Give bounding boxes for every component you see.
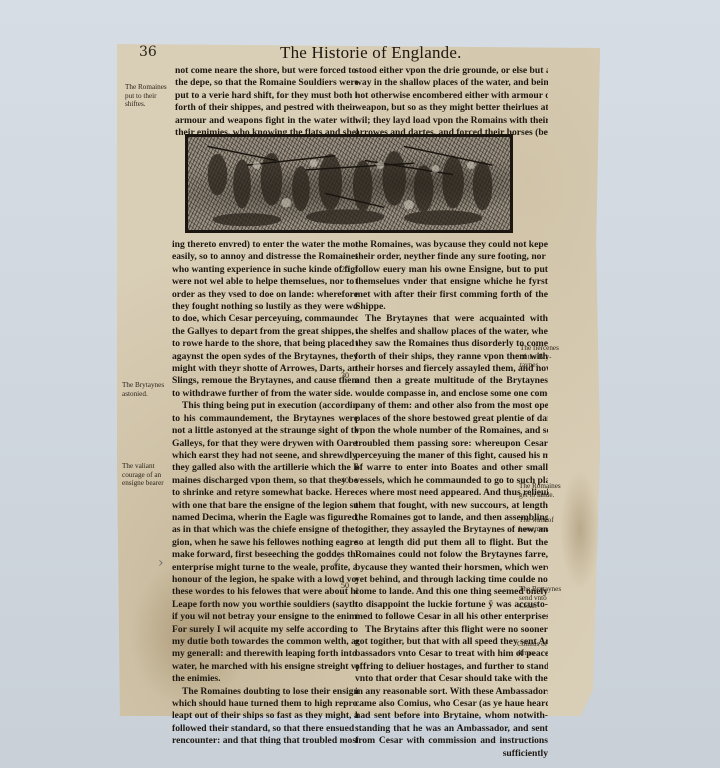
line-number: 20 [341, 265, 349, 274]
text-line: to withdrawe further of from the water s… [172, 388, 358, 400]
text-line: med to followe Cesar in all his other en… [355, 611, 548, 623]
text-line: met with after their first comming forth… [355, 289, 548, 301]
text-line: who wanting experience in suche kinde of… [172, 264, 358, 276]
text-line: they saw the Romaines thus disorderly to… [355, 338, 548, 350]
text-line: so at length did put them all to flight.… [355, 537, 548, 549]
text-line: The Brytaynes that were acquainted with [355, 313, 548, 325]
text-line: weapon, but so as they might better thei… [355, 102, 548, 114]
text-line: stood either vpon the drie grounde, or e… [355, 65, 548, 77]
text-line: had sent before into Brytaine, whom notw… [355, 710, 548, 722]
text-line: vessels, which he commaunded to go to su… [355, 475, 548, 487]
text-line: the shelfes and shallow places of the wa… [355, 326, 548, 338]
text-column-left-top: not come neare the shore, but were force… [175, 65, 358, 139]
text-line: pany of them: and other also from the mo… [355, 400, 548, 412]
pencil-mark-icon: › [158, 555, 164, 571]
text-line: the Gallyes to depart from the great shi… [172, 326, 358, 338]
text-line: followed their standard, so that there e… [172, 723, 358, 735]
text-line: Slings, remoue the Brytaynes, and cause … [172, 375, 358, 387]
line-number: 40 [341, 476, 349, 485]
note-line: ensigne bearer [122, 479, 176, 488]
text-line: not come neare the shore, but were force… [175, 65, 358, 77]
text-line: these wordes to his felowes that were ab… [172, 586, 358, 598]
text-line: woulde compasse in, and enclose some one… [355, 388, 548, 400]
text-line: This thing being put in execution (accor… [172, 400, 358, 412]
text-line: ing thereto envred) to enter the water t… [172, 239, 358, 251]
text-line: the Romaines got to lande, and then asse… [355, 512, 548, 524]
page-number: 36 [139, 44, 157, 60]
text-line: wil; they layd load vpon the Romains wit… [355, 115, 548, 127]
text-line: to disappoint the luckie fortune ỹ was … [355, 599, 548, 611]
margin-note-left: The Romaines put to their shiftes. [125, 83, 177, 109]
text-line: with one that bare the ensigne of the le… [172, 500, 358, 512]
text-line: leapt out of their ships so fast as they… [172, 710, 358, 722]
text-line: places of the shore bestowed great plent… [355, 413, 548, 425]
text-line: from Cesar with commission and instructi… [355, 735, 548, 747]
text-line: easily, so to annoy and distresse the Ro… [172, 251, 358, 263]
line-number: 50 [341, 581, 349, 590]
text-line: honour of the legion, he spake with a lo… [172, 574, 358, 586]
text-line: order as they vsed to doe on lande: wher… [172, 289, 358, 301]
text-line: ces where most need appeared. And thus r… [355, 487, 548, 499]
text-line: gion, when he sawe his fellowes nothing … [172, 537, 358, 549]
text-line: come to lande. And this one thing seemed… [355, 586, 548, 598]
text-line: were not wel able to helpe themselues, n… [172, 276, 358, 288]
text-line: way in the shallow places of the water, … [355, 77, 548, 89]
text-line: their order, neyther finde any sure foot… [355, 251, 548, 263]
note-line: put to their [125, 92, 177, 101]
text-line: my dutie both towardes the common welth,… [172, 636, 358, 648]
text-line: named Decima, wherin the Eagle was figur… [172, 512, 358, 524]
text-line: them that fought, with new succours, at … [355, 500, 548, 512]
text-line: Romaines could not folow the Brytaynes f… [355, 549, 548, 561]
text-line: as in that which was the chiefe ensigne … [172, 524, 358, 536]
text-line: and then a greate multitude of the Bryta… [355, 375, 548, 387]
text-line: which earst they had not seene, and shre… [172, 450, 358, 462]
text-line: to doe, which Cesar perceyuing, commaund… [172, 313, 358, 325]
text-line: The Romaines doubting to lose their ensi… [172, 686, 358, 698]
text-line: vnto that order that Cesar should take w… [355, 673, 548, 685]
text-line: if you wil not betray your ensigne to th… [172, 611, 358, 623]
text-line: troubled them passing sore: whereupon Ce… [355, 438, 548, 450]
text-line: they galled also with the artillerie whi… [172, 462, 358, 474]
running-head: The Historie of Englande. [280, 43, 462, 63]
text-line: bassadors vnto Cesar to treat with him o… [355, 648, 548, 660]
text-line: the enimies. [172, 673, 358, 685]
text-line: themselues vnder that ensigne whiche he … [355, 276, 548, 288]
text-line: might with theyr shotte of Arrowes, Dart… [172, 363, 358, 375]
note-line: The Romaines [125, 83, 177, 92]
text-line: For surely I wil acquite my selfe accord… [172, 624, 358, 636]
text-line: to his commaundement, the Brytaynes were [172, 413, 358, 425]
text-line: the depe, so that the Romaine Souldiers … [175, 77, 358, 89]
text-line: Galleys, for that they were drywen with … [172, 438, 358, 450]
text-line: forth of their ships, they ranne vpon th… [355, 351, 548, 363]
text-line: to rowe harde to the shore, that being p… [172, 338, 358, 350]
text-line: came also Comius, who Cesar (as ye haue … [355, 698, 548, 710]
battle-woodcut-illustration [185, 134, 513, 233]
note-line: shiftes. [125, 100, 177, 109]
text-line: standing that he was an Ambassador, and … [355, 723, 548, 735]
text-line: agaynst the open sydes of the Brytaynes,… [172, 351, 358, 363]
text-line: not otherwise encombered either with arm… [355, 90, 548, 102]
text-column-right-top: stood either vpon the drie grounde, or e… [355, 65, 548, 139]
text-line: follow euery man his owne Ensigne, but t… [355, 264, 548, 276]
text-line: got togither, but that with all speed th… [355, 636, 548, 648]
battle-scene-icon [188, 137, 510, 230]
text-line: to shrinke and retyre somewhat backe. He… [172, 487, 358, 499]
text-line: the Romaines, was bycause they could not… [355, 239, 548, 251]
text-line: water, he marched with his ensigne strei… [172, 661, 358, 673]
text-line: of warre to enter into Boates and other … [355, 462, 548, 474]
text-line: perceyuing the maner of this fight, caus… [355, 450, 548, 462]
text-line: make forward, first beseeching the godde… [172, 549, 358, 561]
text-line: armour and weapons fight in the water wi… [175, 115, 358, 127]
text-column-right: the Romaines, was bycause they could not… [355, 239, 548, 760]
text-line: vpon the whole number of the Romaines, a… [355, 425, 548, 437]
text-line: which should haue turned them to high re… [172, 698, 358, 710]
text-line: togither, they assayled the Brytaynes of… [355, 524, 548, 536]
text-line: they fought nothing so lustily as they w… [172, 301, 358, 313]
text-line: bycause they wanted their horsmen, which… [355, 562, 548, 574]
text-column-left: ing thereto envred) to enter the water t… [172, 239, 358, 748]
text-line: put to a verie hard shift, for they must… [175, 90, 358, 102]
text-line: rencounter: and that thing that troubled… [172, 735, 358, 747]
text-line: in any reasonable sort. With these Ambas… [355, 686, 548, 698]
text-line: enterprise might turne to the weale, pro… [172, 562, 358, 574]
margin-note-left: The Brytaynes astonied. [122, 381, 176, 398]
margin-note-left: The valiant courage of an ensigne bearer [122, 462, 176, 488]
note-line: courage of an [122, 471, 176, 480]
text-line: The Brytains after this flight were no s… [355, 624, 548, 636]
catchword: sufficiently [355, 748, 548, 760]
text-line: maines discharged vpon them, so that the… [172, 475, 358, 487]
text-line: not a little astonyed at the straunge si… [172, 425, 358, 437]
text-line: forth of their shippes, and pestred with… [175, 102, 358, 114]
text-line: my generall: and therewith leaping forth… [172, 648, 358, 660]
note-line: The Brytaynes [122, 381, 176, 390]
text-line: Shippe. [355, 301, 548, 313]
note-line: astonied. [122, 390, 176, 399]
line-number: 30 [341, 371, 349, 380]
text-line: Leape forth now you worthie souldiers (s… [172, 599, 358, 611]
text-line: yet behind, and through lacking time cou… [355, 574, 548, 586]
text-line: offring to deliuer hostages, and further… [355, 661, 548, 673]
text-line: their horses and fiercely assayled them,… [355, 363, 548, 375]
note-line: The valiant [122, 462, 176, 471]
